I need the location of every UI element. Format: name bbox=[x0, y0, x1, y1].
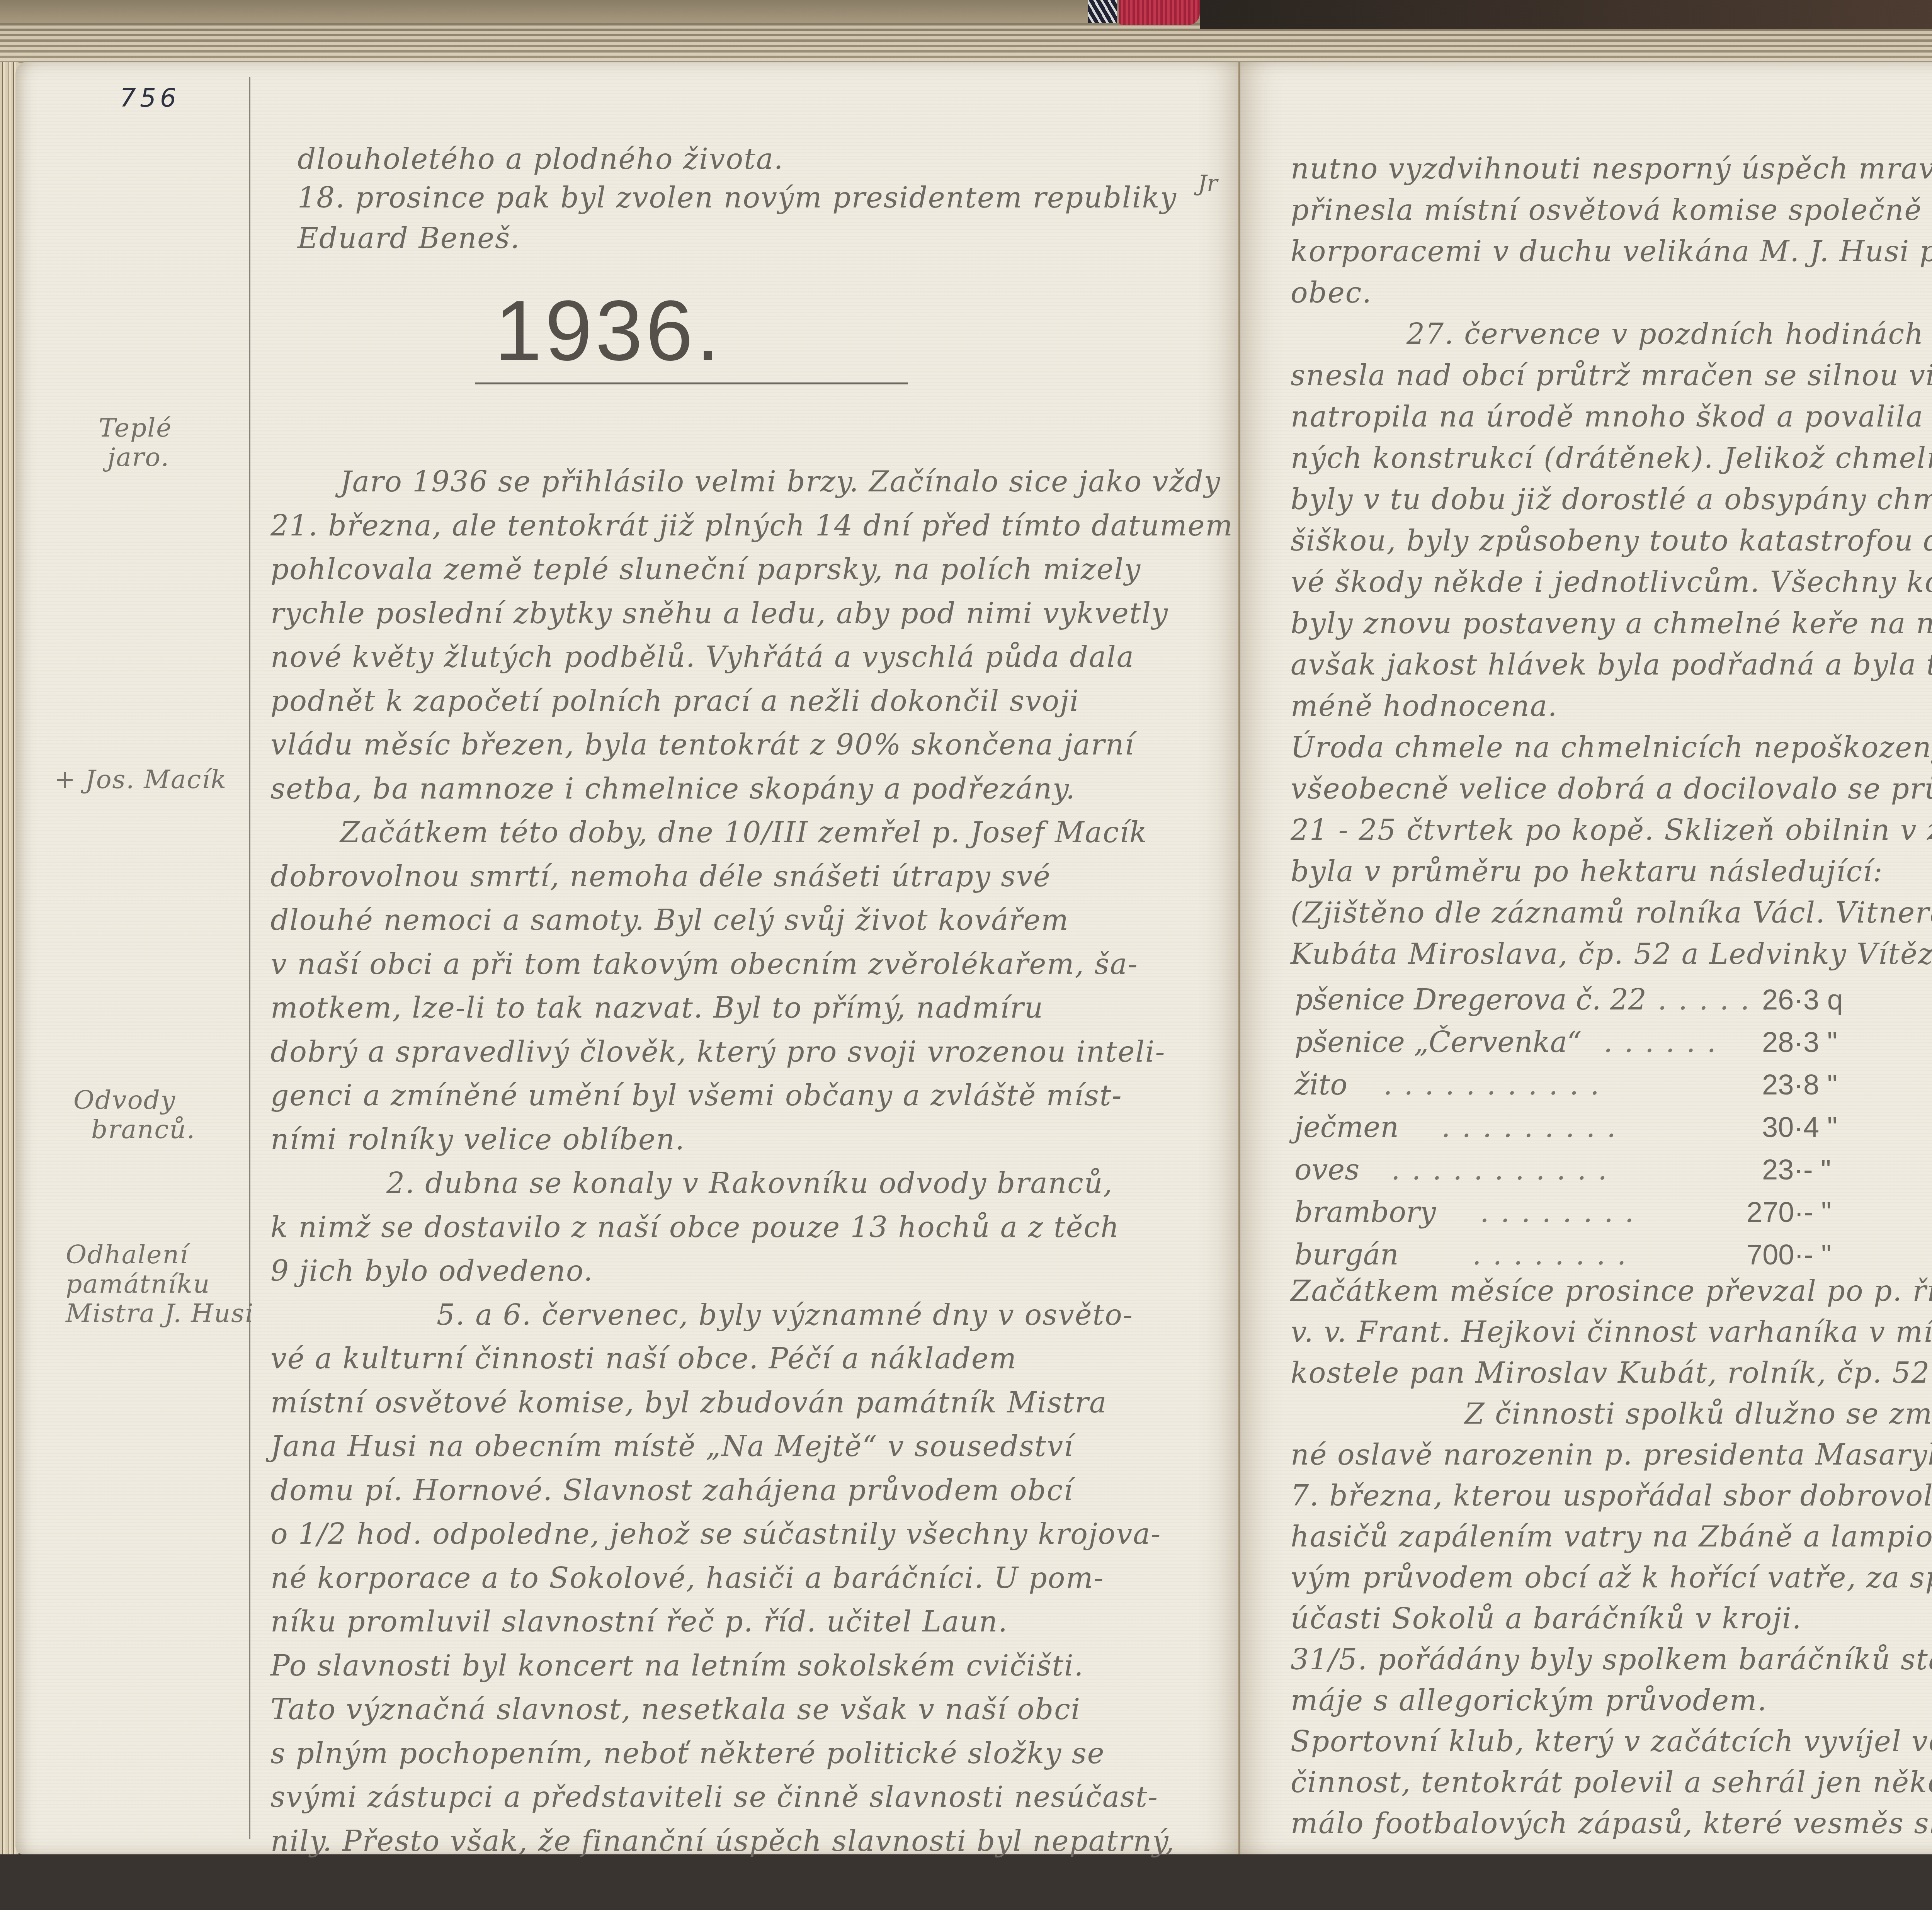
harvest-row: ječmen ......... 30·4 " bbox=[1294, 1111, 1913, 1145]
crop-name: ječmen bbox=[1294, 1111, 1399, 1144]
leader-dots: ......... bbox=[1441, 1111, 1628, 1144]
text-line: Tato význačná slavnost, nesetkala se vša… bbox=[270, 1695, 1081, 1724]
text-line: nutno vyzdvihnouti nesporný úspěch mravn… bbox=[1291, 155, 1932, 183]
leader-dots: ...... bbox=[1604, 1026, 1728, 1059]
crop-name: žito bbox=[1294, 1068, 1347, 1101]
text-line: 18. prosince pak byl zvolen novým presid… bbox=[298, 184, 1177, 212]
text-line: máje s allegorickým průvodem. bbox=[1291, 1686, 1767, 1715]
text-line: místní osvětové komise, byl zbudován pam… bbox=[270, 1388, 1107, 1417]
text-line: s plným pochopením, neboť některé politi… bbox=[270, 1739, 1105, 1768]
harvest-row: žito ........... 23·8 " bbox=[1294, 1068, 1913, 1103]
harvest-row: oves ........... 23·- " bbox=[1294, 1153, 1913, 1188]
harvest-row: brambory ........ 270·- " bbox=[1294, 1196, 1913, 1230]
text-line: Jana Husi na obecním místě „Na Mejtě“ v … bbox=[270, 1432, 1074, 1461]
text-line: činnost, tentokrát polevil a sehrál jen … bbox=[1291, 1768, 1932, 1797]
leader-dots: ........... bbox=[1391, 1153, 1619, 1186]
text-line: Úroda chmele na chmelnicích nepoškozenýc… bbox=[1291, 733, 1932, 762]
text-line: účasti Sokolů a baráčníků v kroji. bbox=[1291, 1604, 1802, 1633]
crop-yield: 26·3 q bbox=[1762, 983, 1843, 1016]
text-line: obec. bbox=[1291, 279, 1372, 307]
left-page: 756 Jr dlouholetého a plodného života. 1… bbox=[15, 62, 1240, 1854]
text-line: korporacemi v duchu velikána M. J. Husi … bbox=[1291, 237, 1932, 266]
text-line: (Zjištěno dle záznamů rolníka Václ. Vitn… bbox=[1291, 899, 1932, 927]
margin-note-hus-memorial: Odhalení památníku Mistra J. Husi bbox=[66, 1240, 254, 1328]
text-line: Začátkem měsíce prosince převzal po p. ř… bbox=[1291, 1277, 1932, 1305]
text-line: né korporace a to Sokolové, hasiči a bar… bbox=[270, 1564, 1104, 1592]
text-line: nové květy žlutých podbělů. Vyhřátá a vy… bbox=[270, 643, 1134, 671]
text-line: dlouhé nemoci a samoty. Byl celý svůj ži… bbox=[270, 906, 1069, 935]
text-line: 5. a 6. červenec, byly významné dny v os… bbox=[437, 1301, 1133, 1329]
text-line: 21. března, ale tentokrát již plných 14 … bbox=[270, 511, 1233, 540]
text-line: vým průvodem obcí až k hořící vatře, za … bbox=[1291, 1563, 1932, 1592]
crop-name: brambory bbox=[1294, 1196, 1436, 1229]
text-line: podnět k započetí polních prací a nežli … bbox=[270, 687, 1080, 715]
text-line: byla v průměru po hektaru následující: bbox=[1291, 857, 1883, 886]
text-line: dlouholetého a plodného života. bbox=[298, 145, 784, 173]
text-line: všeobecně velice dobrá a docilovalo se p… bbox=[1291, 775, 1932, 803]
text-line: 2. dubna se konaly v Rakovníku odvody br… bbox=[386, 1169, 1113, 1198]
text-line: 7. března, kterou uspořádal sbor dobrovo… bbox=[1291, 1482, 1932, 1510]
margin-note-conscription: Odvody branců. bbox=[73, 1086, 196, 1144]
text-line: níku promluvil slavnostní řeč p. říd. uč… bbox=[270, 1608, 1008, 1636]
text-line: 9 jich bylo odvedeno. bbox=[270, 1257, 594, 1285]
text-line: dobrovolnou smrtí, nemoha déle snášeti ú… bbox=[270, 862, 1051, 891]
text-line: vé a kulturní činnosti naší obce. Péčí a… bbox=[270, 1344, 1017, 1373]
text-line: k nimž se dostavilo z naší obce pouze 13… bbox=[270, 1213, 1120, 1242]
text-line: 31/5. pořádány byly spolkem baráčníků st… bbox=[1291, 1645, 1932, 1674]
year-underline bbox=[475, 382, 908, 384]
crop-yield: 30·4 " bbox=[1762, 1111, 1837, 1144]
bookmark-ribbon bbox=[1088, 0, 1117, 23]
left-margin-rule bbox=[249, 77, 250, 1839]
margin-note-death: + Jos. Macík bbox=[54, 765, 227, 794]
page-number-left: 756 bbox=[120, 83, 180, 113]
text-line: né oslavě narozenin p. presidenta Masary… bbox=[1291, 1441, 1932, 1469]
text-line: Sportovní klub, který v začátcích vyvíje… bbox=[1291, 1727, 1932, 1756]
text-line: domu pí. Hornové. Slavnost zahájena prův… bbox=[270, 1476, 1073, 1505]
headband bbox=[1119, 0, 1200, 25]
text-line: 27. července v pozdních hodinách odpoled… bbox=[1406, 320, 1932, 348]
text-line: natropila na úrodě mnoho škod a povalila… bbox=[1291, 403, 1932, 431]
harvest-row: pšenice Dregerova č. 22 ...... 26·3 q bbox=[1294, 983, 1913, 1018]
text-line: méně hodnocena. bbox=[1291, 692, 1558, 720]
text-line: přinesla místní osvětová komise společně… bbox=[1291, 196, 1932, 224]
leader-dots: ........ bbox=[1480, 1196, 1645, 1229]
text-line: Kubáta Miroslava, čp. 52 a Ledvinky Vítě… bbox=[1291, 940, 1932, 969]
crop-name: burgán bbox=[1294, 1238, 1399, 1271]
crop-yield: 700·- " bbox=[1747, 1238, 1832, 1271]
text-line: Začátkem této doby, dne 10/III zemřel p.… bbox=[340, 818, 1148, 847]
text-line: Z činnosti spolků dlužno se zmíniti o pě… bbox=[1464, 1400, 1932, 1428]
text-line: rychle poslední zbytky sněhu a ledu, aby… bbox=[270, 599, 1168, 628]
margin-note-warm-spring: Teplé jaro. bbox=[99, 413, 172, 472]
text-line: nily. Přesto však, že finanční úspěch sl… bbox=[270, 1827, 1175, 1856]
crop-name: oves bbox=[1294, 1153, 1359, 1186]
leader-dots: ........ bbox=[1472, 1238, 1638, 1271]
text-line: svými zástupci a představiteli se činně … bbox=[270, 1783, 1158, 1811]
crop-yield: 23·- " bbox=[1762, 1153, 1831, 1186]
text-line: ných konstrukcí (drátěnek). Jelikož chme… bbox=[1291, 444, 1932, 472]
text-line: Po slavnosti byl koncert na letním sokol… bbox=[270, 1652, 1084, 1680]
crop-yield: 270·- " bbox=[1747, 1196, 1832, 1229]
year-heading: 1936. bbox=[495, 282, 723, 380]
text-line: šiškou, byly způsobeny touto katastrofou… bbox=[1291, 527, 1932, 555]
text-line: motkem, lze-li to tak nazvat. Byl to pří… bbox=[270, 994, 1044, 1022]
text-line: 21 - 25 čtvrtek po kopě. Sklizeň obilnin… bbox=[1291, 816, 1932, 845]
right-page: 757 nutno vyzdvihnouti nesporný úspěch m… bbox=[1240, 62, 1932, 1854]
text-line: byly znovu postaveny a chmelné keře na n… bbox=[1291, 609, 1932, 638]
text-line: ními rolníky velice oblíben. bbox=[270, 1125, 685, 1154]
crop-name: pšenice „Červenka“ bbox=[1294, 1026, 1582, 1059]
crop-name: pšenice Dregerova č. 22 bbox=[1294, 983, 1646, 1016]
leader-dots: ........... bbox=[1383, 1068, 1611, 1101]
text-line: málo footbalových zápasů, které vesměs s… bbox=[1291, 1809, 1932, 1838]
text-line: v naší obci a při tom takovým obecním zv… bbox=[270, 950, 1138, 979]
text-line: avšak jakost hlávek byla podřadná a byla… bbox=[1291, 651, 1932, 679]
crop-yield: 28·3 " bbox=[1762, 1026, 1837, 1059]
text-line: pohlcovala země teplé sluneční paprsky, … bbox=[270, 555, 1141, 584]
text-line: o 1/2 hod. odpoledne, jehož se súčastnil… bbox=[270, 1520, 1161, 1548]
text-line: setba, ba namnoze i chmelnice skopány a … bbox=[270, 775, 1076, 803]
harvest-row: burgán ........ 700·- " bbox=[1294, 1238, 1913, 1273]
corner-mark: Jr bbox=[1198, 170, 1218, 196]
text-line: byly v tu dobu již dorostlé a obsypány c… bbox=[1291, 485, 1932, 514]
text-line: Eduard Beneš. bbox=[298, 224, 520, 253]
book-cover-right bbox=[1200, 0, 1932, 29]
text-line: kostele pan Miroslav Kubát, rolník, čp. … bbox=[1291, 1359, 1932, 1387]
text-line: v. v. Frant. Hejkovi činnost varhaníka v… bbox=[1291, 1318, 1932, 1346]
harvest-row: pšenice „Červenka“ ...... 28·3 " bbox=[1294, 1026, 1913, 1060]
text-line: snesla nad obcí průtrž mračen se silnou … bbox=[1291, 361, 1932, 390]
text-line: genci a zmíněné umění byl všemi občany a… bbox=[270, 1081, 1122, 1110]
text-line: Jaro 1936 se přihlásilo velmi brzy. Začí… bbox=[340, 467, 1221, 496]
text-line: vé škody někde i jednotlivcům. Všechny k… bbox=[1291, 568, 1932, 596]
text-line: vládu měsíc březen, byla tentokrát z 90%… bbox=[270, 731, 1134, 759]
crop-yield: 23·8 " bbox=[1762, 1068, 1837, 1101]
text-line: hasičů zapálením vatry na Zbáně a lampio… bbox=[1291, 1523, 1932, 1551]
text-line: dobrý a spravedlivý člověk, který pro sv… bbox=[270, 1038, 1166, 1066]
